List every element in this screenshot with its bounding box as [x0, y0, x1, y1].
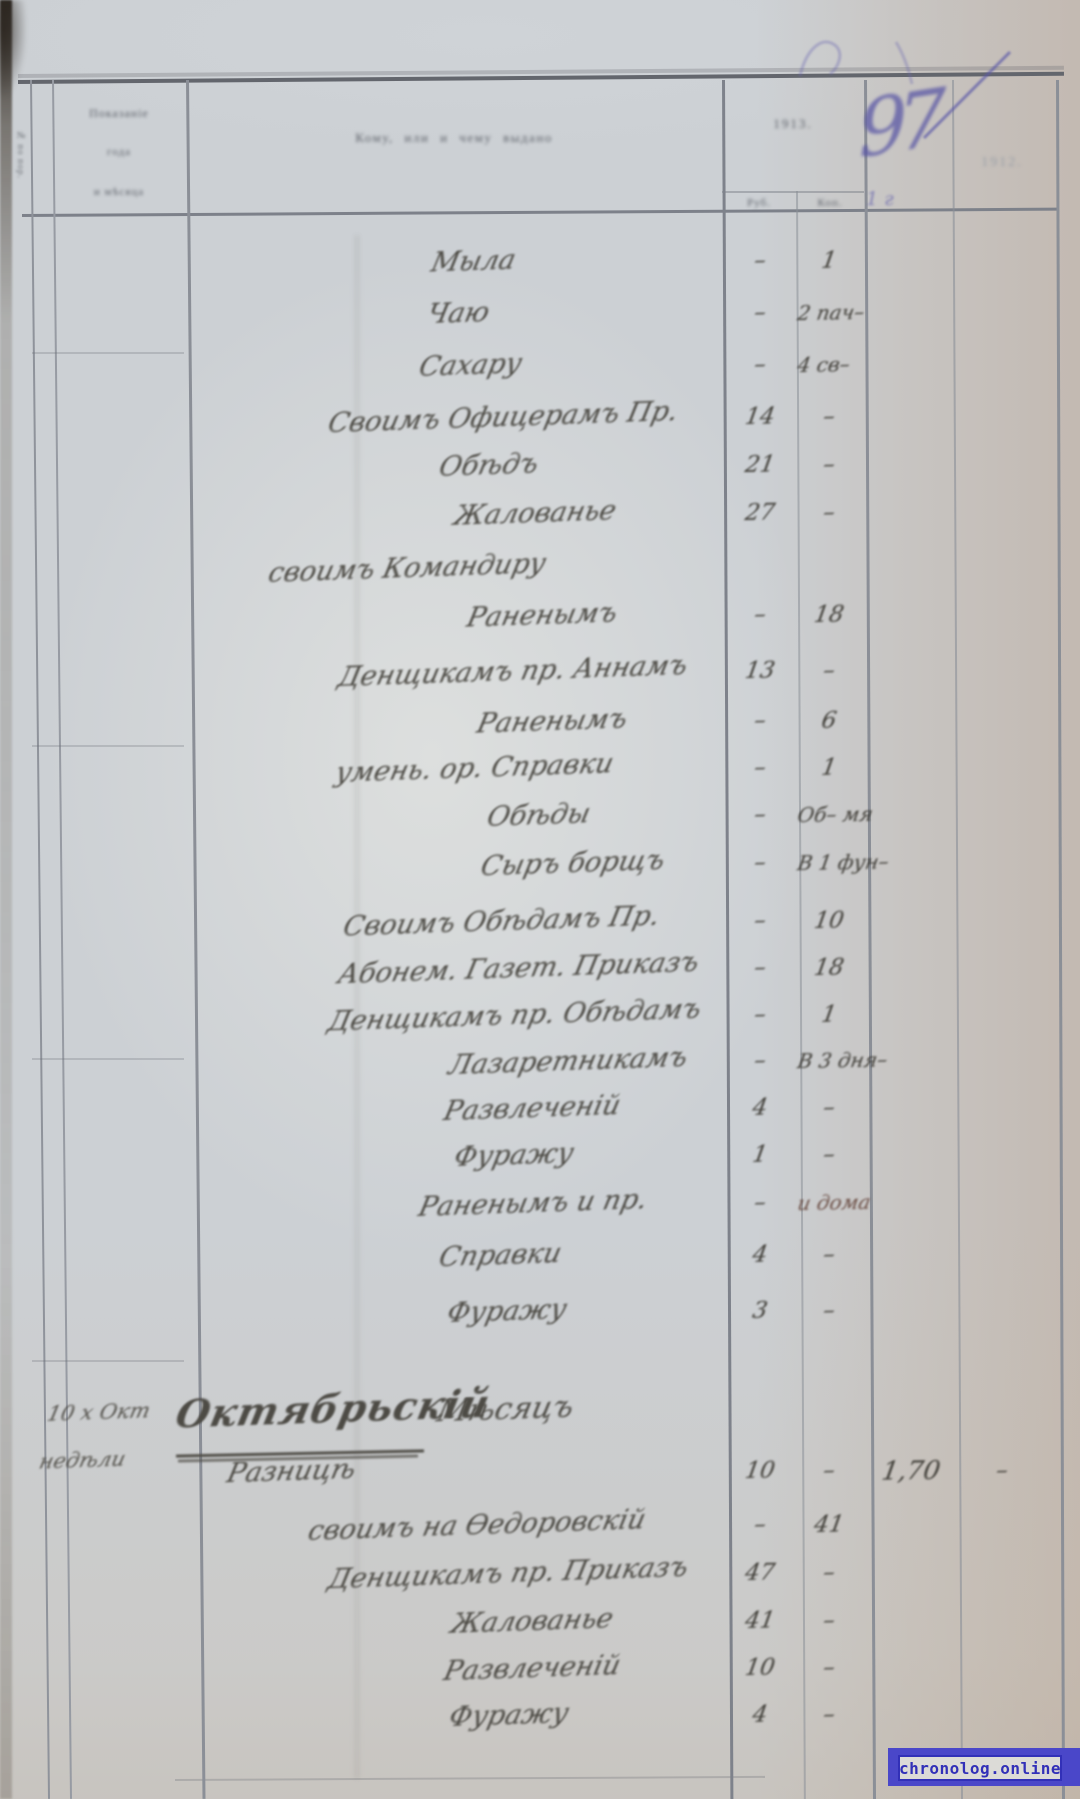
row-rub-value: – — [726, 849, 794, 876]
row-rub-value: 10 — [726, 1457, 794, 1484]
row-kop-value: 1 — [796, 754, 862, 781]
row-kop-value: – — [796, 1094, 862, 1121]
row-kop-value: – — [796, 403, 862, 430]
row-rub-value: – — [726, 299, 794, 326]
row-kop-value: 1 — [796, 247, 862, 274]
row-kop-value: – — [796, 1141, 862, 1168]
row-description: Раненымъ — [464, 597, 620, 633]
row-description: Раненымъ — [474, 703, 630, 739]
row-rub-value: 41 — [726, 1607, 794, 1634]
row-kop-value: – — [796, 1559, 862, 1586]
row-rub-value: – — [726, 601, 794, 628]
row-rub-value: 27 — [726, 499, 794, 526]
row-rub-value: – — [726, 1047, 794, 1074]
row-kop-value: 41 — [796, 1511, 862, 1538]
row-rub-value: – — [726, 754, 794, 781]
row-kop-value: – — [796, 1457, 862, 1484]
row-rub-value: 10 — [726, 1654, 794, 1681]
row-rub-value: 47 — [726, 1559, 794, 1586]
row-description: Мыла — [428, 245, 518, 279]
row-rub-value: 21 — [726, 451, 794, 478]
row-description: Сахару — [416, 348, 524, 383]
row-rub-value: 3 — [726, 1297, 794, 1324]
row-description: Фуражу — [446, 1698, 571, 1733]
watermark-stamp: chronolog.online — [888, 1748, 1080, 1786]
row-rub-value: – — [726, 907, 794, 934]
row-rub-value: – — [726, 247, 794, 274]
row-rub-value: 1 — [726, 1141, 794, 1168]
row-rub-value: – — [726, 1511, 794, 1538]
row-rub-value: – — [726, 801, 794, 828]
row-kop-value: 18 — [796, 601, 862, 628]
row-kop-value: В 3 дня– — [796, 1047, 950, 1074]
row-description: Чаю — [424, 297, 492, 330]
row-kop-value: 1 — [796, 1001, 862, 1028]
row-kop-value: – — [796, 657, 862, 684]
row-rub-value: – — [726, 954, 794, 981]
row-extra-value: – — [956, 1457, 1048, 1485]
row-description: Сыръ борщъ — [478, 845, 668, 882]
row-rub-value: 13 — [726, 657, 794, 684]
row-kop-value: – — [796, 1607, 862, 1634]
row-description: Обѣды — [484, 798, 593, 833]
section-title-rest: Мѣсяцъ — [434, 1390, 577, 1430]
row-description: Фуражу — [451, 1138, 576, 1173]
row-description: Разницѣ — [224, 1454, 358, 1489]
row-kop-value: 4 св– — [796, 351, 950, 378]
row-kop-value: 18 — [796, 954, 862, 981]
row-rub-value: 4 — [726, 1701, 794, 1728]
row-kop-value: – — [796, 1297, 862, 1324]
row-rub-value: – — [726, 1001, 794, 1028]
row-rub-value: – — [726, 351, 794, 378]
row-rub-value: – — [726, 1189, 794, 1216]
scanned-ledger-page: № по пор. Показаніе года и мѣсяца Кому, … — [0, 0, 1080, 1799]
row-kop-value: – — [796, 1241, 862, 1268]
row-kop-value: – — [796, 499, 862, 526]
margin-note-line: 10 х Окт — [45, 1398, 153, 1426]
row-kop-value: В 1 фун– — [796, 849, 950, 876]
margin-note-line: недѣли — [37, 1447, 128, 1474]
row-rub-value: 4 — [726, 1241, 794, 1268]
watermark-text: chronolog.online — [899, 1759, 1061, 1778]
row-kop-value: Об– мя — [796, 801, 950, 828]
row-description: Справки — [436, 1238, 564, 1273]
row-description: Жалованье — [448, 1603, 616, 1640]
watermark-inner-box: chronolog.online — [898, 1755, 1062, 1781]
row-rub-value: 14 — [726, 403, 794, 430]
row-rub-value: – — [726, 707, 794, 734]
row-kop-value: – — [796, 1701, 862, 1728]
row-description: Фуражу — [444, 1294, 569, 1329]
row-rub-value: 4 — [726, 1094, 794, 1121]
row-description: Развлеченій — [441, 1090, 624, 1127]
row-kop-value: – — [796, 1654, 862, 1681]
row-kop-value: 6 — [796, 707, 862, 734]
row-description: Развлеченій — [441, 1650, 624, 1687]
row-kop-value: 2 пач– — [796, 299, 950, 326]
row-kop-value: и дома — [796, 1189, 950, 1216]
row-extra-value: 1,70 — [865, 1455, 956, 1486]
row-kop-value: – — [796, 451, 862, 478]
row-kop-value: 10 — [796, 907, 862, 934]
row-description: Обѣдъ — [436, 448, 541, 482]
row-description: Жалованье — [451, 495, 619, 532]
